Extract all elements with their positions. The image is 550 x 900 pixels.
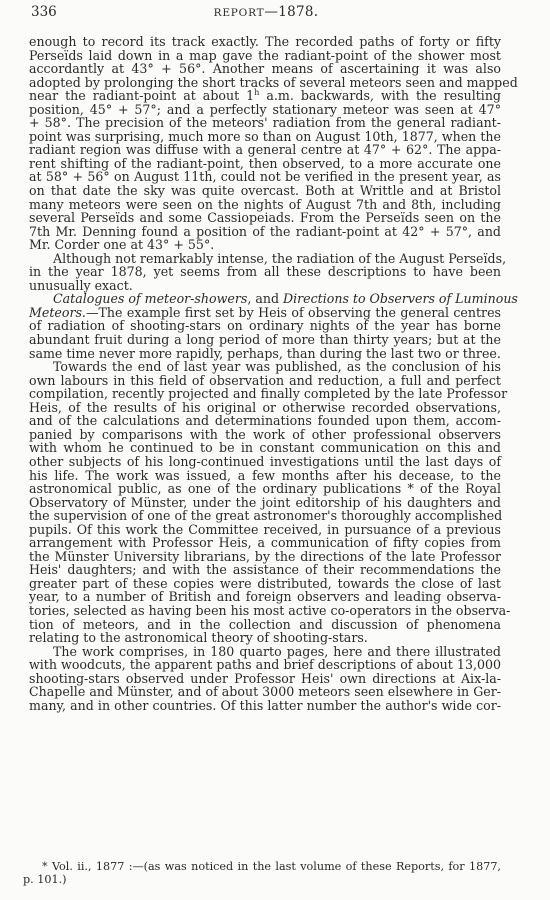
text-line: shooting-stars observed under Professor … <box>29 672 501 686</box>
text-line: rent shifting of the radiant-point, then… <box>29 157 501 171</box>
text-line: at 58° + 56° on August 11th, could not b… <box>29 170 501 184</box>
paragraph-start: Towards the end of last year was publish… <box>29 360 501 374</box>
text-line: year, to a number of British and foreign… <box>29 590 501 604</box>
text-line: the Münster University librarians, by th… <box>29 550 501 564</box>
text-fragment: of the Royal <box>414 481 501 496</box>
paragraph-start: The work comprises, in 180 quarto pages,… <box>29 645 501 659</box>
text-line: Heis' daughters; and with the assistance… <box>29 563 501 577</box>
text-line: Perseïds laid down in a map gave the rad… <box>29 49 501 63</box>
text-line: Meteors.—The example first set by Heis o… <box>29 306 501 320</box>
text-line: Observatory of Münster, under the joint … <box>29 496 501 510</box>
text-line: compilation, recently projected and fina… <box>29 387 501 401</box>
book-page: 336 REPORT—1878. enough to record its tr… <box>0 0 550 900</box>
section-heading-line: Catalogues of meteor-showers, and Direct… <box>29 292 501 306</box>
text-line: with whom he continued to be in constant… <box>29 441 501 455</box>
text-line: abundant fruit during a long period of m… <box>29 333 501 347</box>
running-head-title: REPORT <box>214 7 265 19</box>
text-line: adopted by prolonging the short tracks o… <box>29 76 501 90</box>
body-text: enough to record its track exactly. The … <box>29 35 501 712</box>
text-line: arrangement with Professor Heis, a commu… <box>29 536 501 550</box>
text-line: point was surprising, much more so than … <box>29 130 501 144</box>
page-header: 336 REPORT—1878. <box>31 4 501 22</box>
text-line: several Perseïds and some Cassiopeiads. … <box>29 211 501 225</box>
footnote-line: * Vol. ii., 1877 :—(as was noticed in th… <box>23 860 501 873</box>
text-line: and of the calculations and determinatio… <box>29 414 501 428</box>
text-line: Mr. Corder one at 43° + 55°. <box>29 238 501 252</box>
text-line: near the radiant-point at about 1h a.m. … <box>29 89 501 103</box>
text-line: unusually exact. <box>29 279 501 293</box>
text-line: pupils. Of this work the Committee recei… <box>29 523 501 537</box>
text-line: + 58°. The precision of the meteors' rad… <box>29 116 501 130</box>
footnote: * Vol. ii., 1877 :—(as was noticed in th… <box>23 860 501 886</box>
text-line: tion of meteors, and in the collection a… <box>29 618 501 632</box>
text-line: relating to the astronomical theory of s… <box>29 631 501 645</box>
text-line: many meteors were seen on the nights of … <box>29 198 501 212</box>
running-head: REPORT—1878. <box>31 4 501 20</box>
text-line: astronomical public, as one of the ordin… <box>29 482 501 496</box>
text-line: of radiation of shooting-stars on ordina… <box>29 319 501 333</box>
text-line: the supervision of one of the great astr… <box>29 509 501 523</box>
text-line: his life. The work was issued, a few mon… <box>29 469 501 483</box>
footnote-line: p. 101.) <box>23 873 501 886</box>
text-line: Chapelle and Münster, and of about 3000 … <box>29 685 501 699</box>
paragraph-start: Although not remarkably intense, the rad… <box>29 252 501 266</box>
text-line: many, and in other countries. Of this la… <box>29 699 501 713</box>
text-fragment: a.m. backwards, with the resulting <box>259 88 501 103</box>
text-line: 7th Mr. Denning found a position of the … <box>29 225 501 239</box>
text-fragment: astronomical public, as one of the ordin… <box>29 481 401 496</box>
text-line: own labours in this field of observation… <box>29 374 501 388</box>
text-line: accordantly at 43° + 56°. Another means … <box>29 62 501 76</box>
text-line: position, 45° + 57°; and a perfectly sta… <box>29 103 501 117</box>
text-line: enough to record its track exactly. The … <box>29 35 501 49</box>
text-line: with woodcuts, the apparent paths and br… <box>29 658 501 672</box>
text-fragment: near the radiant-point at about 1 <box>29 88 254 103</box>
text-line: same time never more rapidly, perhaps, t… <box>29 347 501 361</box>
text-line: radiant region was diffuse with a genera… <box>29 143 501 157</box>
text-line: panied by comparisons with the work of o… <box>29 428 501 442</box>
text-line: Heis, of the results of his original or … <box>29 401 501 415</box>
text-line: in the year 1878, yet seems from all the… <box>29 265 501 279</box>
text-line: greater part of these copies were distri… <box>29 577 501 591</box>
text-line: on that date the sky was quite overcast.… <box>29 184 501 198</box>
text-line: other subjects of his long-continued inv… <box>29 455 501 469</box>
text-line: tories, selected as having been his most… <box>29 604 501 618</box>
running-head-year: —1878. <box>264 4 318 20</box>
